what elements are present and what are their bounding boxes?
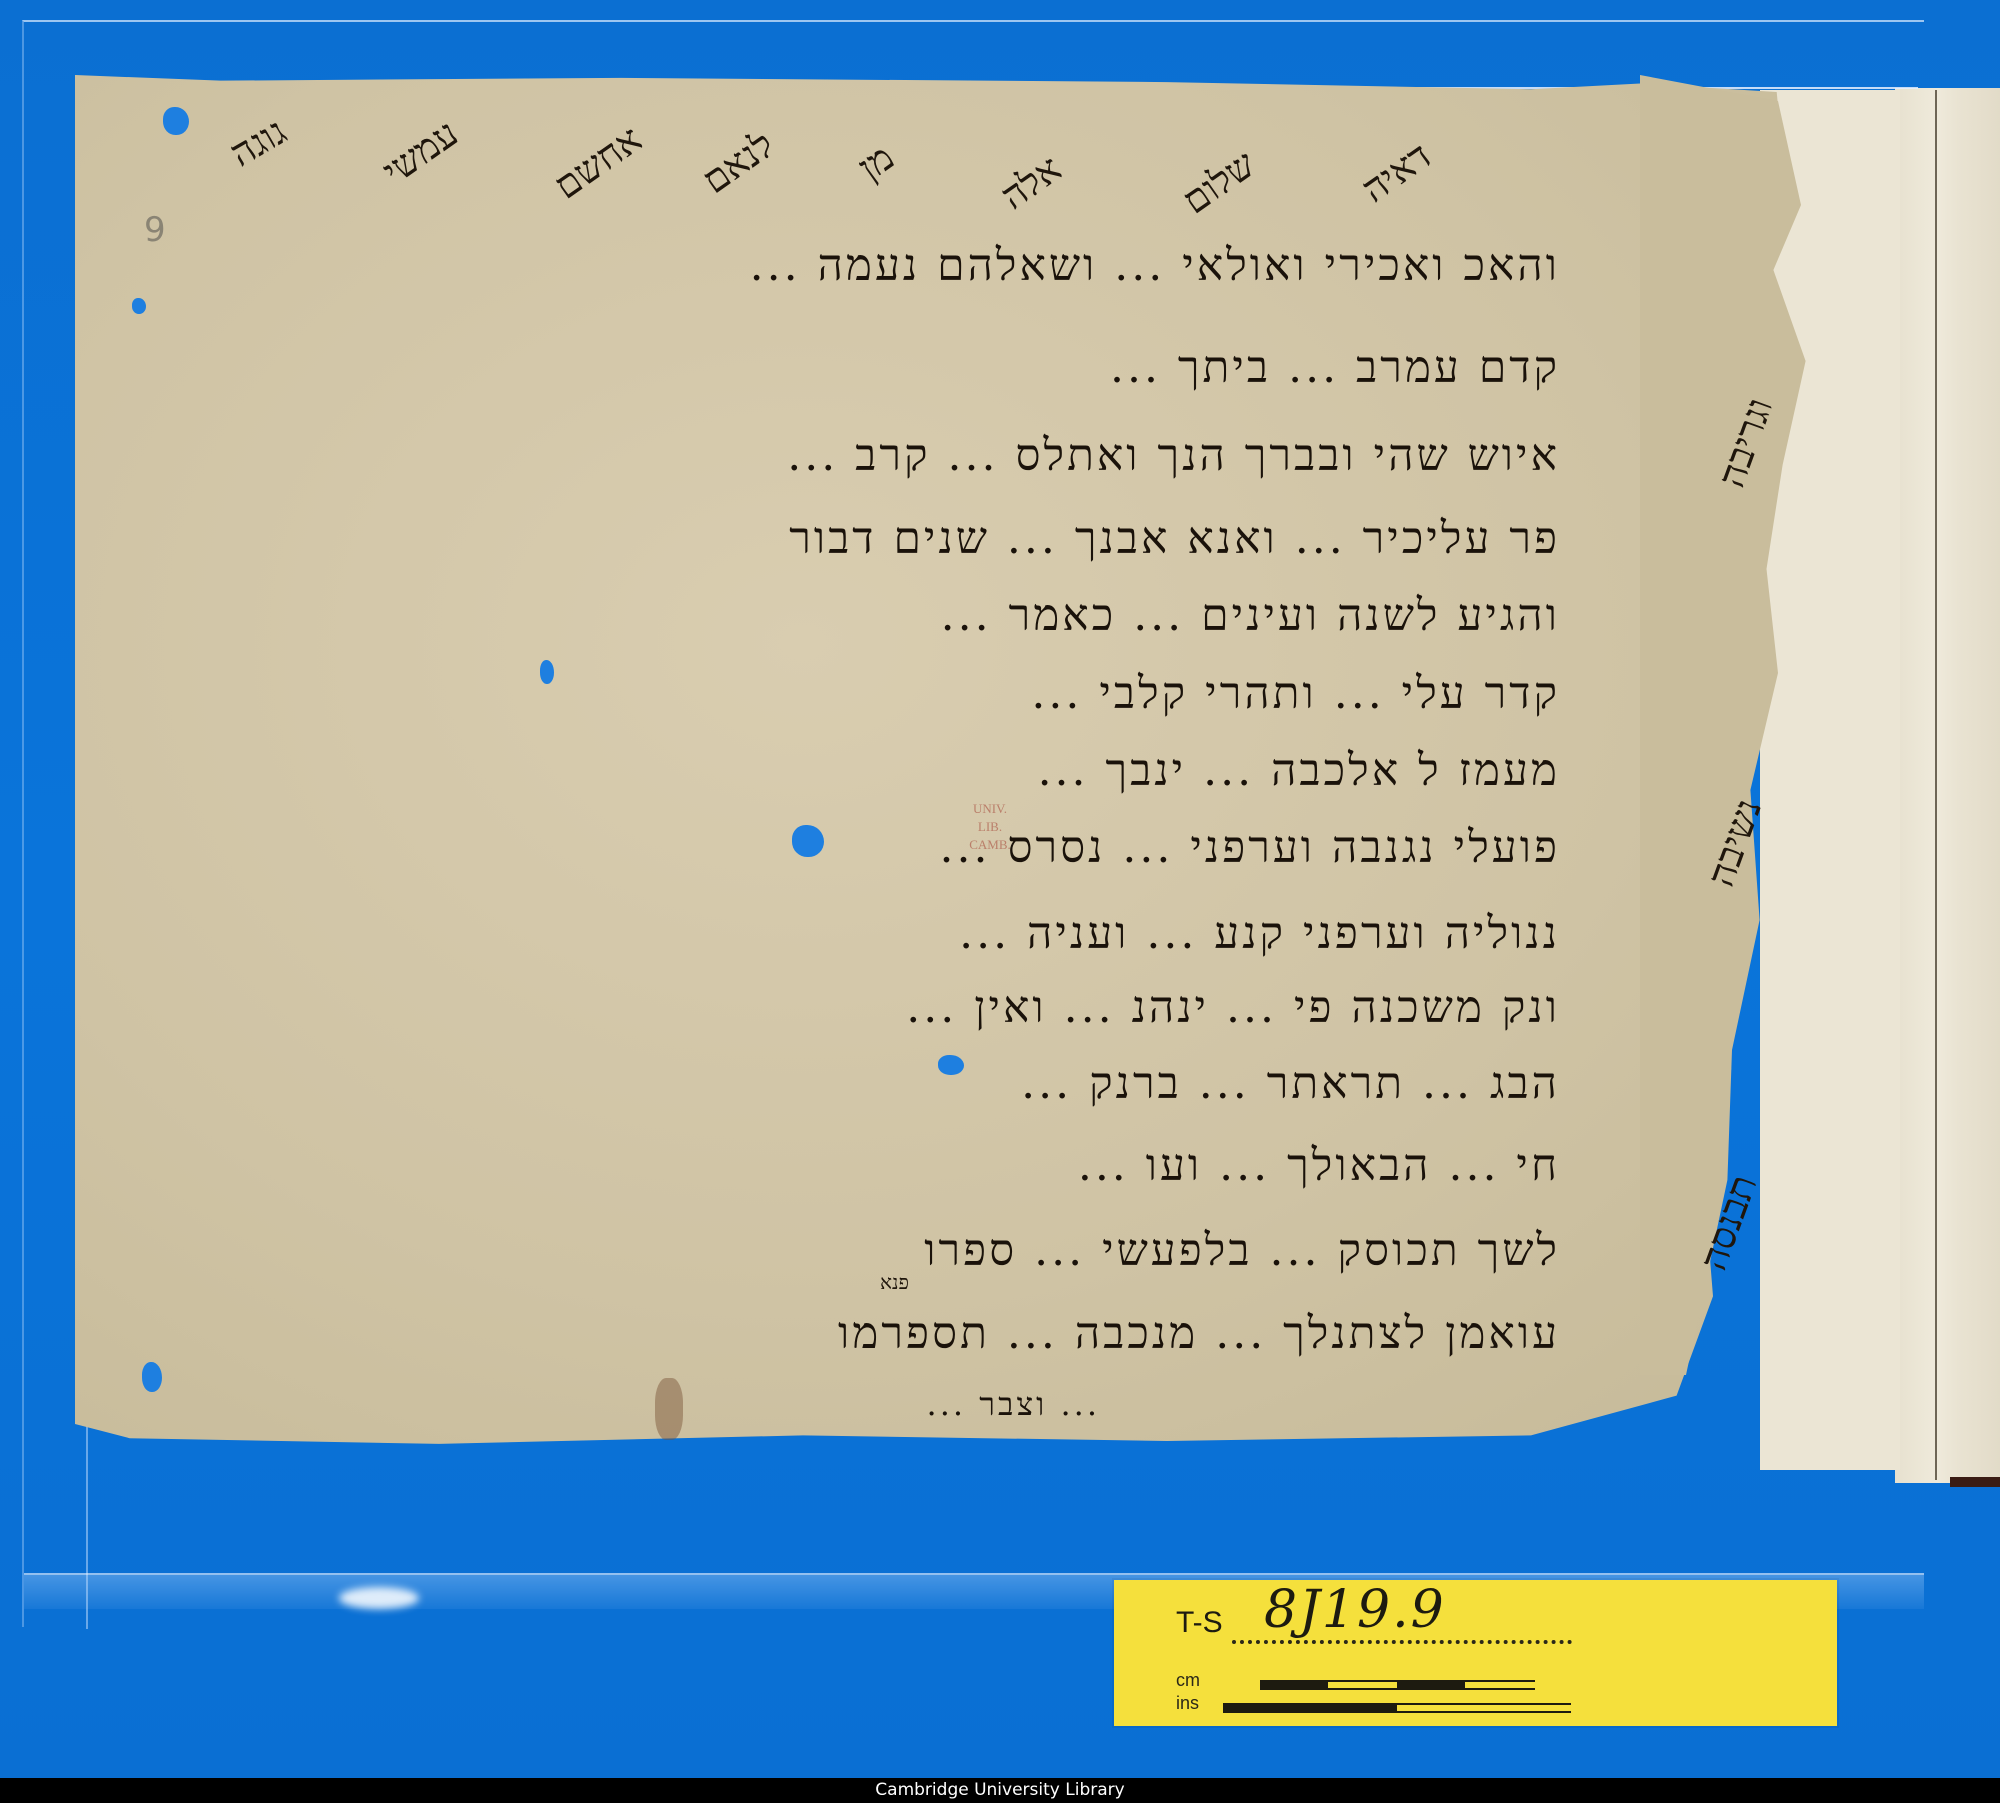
hole [540, 660, 554, 684]
text-line: חי ... הבאולך ... ועו ... [1078, 1140, 1560, 1191]
stain [655, 1378, 683, 1440]
scale-bar-ins [1223, 1703, 1571, 1713]
text-line: ננוליה וערפני קנע ... ועניה ... [959, 908, 1560, 959]
text-line: מעמז ל אלכבה ... ינבך ... [1038, 745, 1560, 796]
text-line: והגיע לשנה ועינים ... כאמר ... [941, 590, 1560, 641]
hole [142, 1362, 162, 1392]
scale-cm-label: cm [1176, 1670, 1200, 1691]
stamp-line: UNIV. [960, 800, 1020, 818]
shelfmark-label: T-S 8J19.9 cm ins [1114, 1580, 1837, 1726]
hole [132, 298, 146, 314]
hole [938, 1055, 964, 1075]
text-line: קדר עלי ... ותהרי קלבי ... [1031, 668, 1560, 719]
binder-edge [1950, 1477, 2000, 1487]
hole [163, 107, 189, 135]
scale-ins-label: ins [1176, 1693, 1199, 1714]
shelfmark-prefix: T-S [1176, 1606, 1223, 1640]
shelfmark-dotted-line [1232, 1640, 1572, 1644]
shelfmark-number: 8J19.9 [1264, 1580, 1446, 1640]
text-line: פר עליכיר ... ואנא אבנך ... שנים דבור [789, 513, 1560, 564]
hole [792, 825, 824, 857]
glare-highlight [339, 1587, 419, 1609]
text-line: פועלי נגנבה וערפני ... נסרס ... [940, 822, 1560, 873]
text-line: ... וצבר ... [927, 1385, 1100, 1423]
text-line: עואמן לצתנלך ... מנכבה ... תספרמו [838, 1308, 1560, 1359]
text-line: איוש שהי ובברך הנך ואתלס ... קרב ... [787, 430, 1560, 481]
image-caption: Cambridge University Library [0, 1778, 2000, 1803]
binder-spine-line [1935, 90, 1937, 1480]
text-line: לשך תכוסק ... בלפעשי ... ספרו [924, 1225, 1560, 1276]
text-line: ונק משכנה פי ... ינהנ ... ואין ... [906, 982, 1560, 1033]
scale-bar-cm [1260, 1680, 1535, 1690]
pencil-folio-number: 9 [144, 210, 166, 250]
text-line: קדם עמרב ... ביתך ... [1110, 342, 1560, 393]
text-line: הבג ... תראתר ... ברנק ... [1021, 1058, 1560, 1109]
superscript-insertion: פנא [880, 1270, 909, 1295]
text-line: והאכ ואכירי ואולאי ... ושאלהם נעמה ... [750, 240, 1560, 291]
